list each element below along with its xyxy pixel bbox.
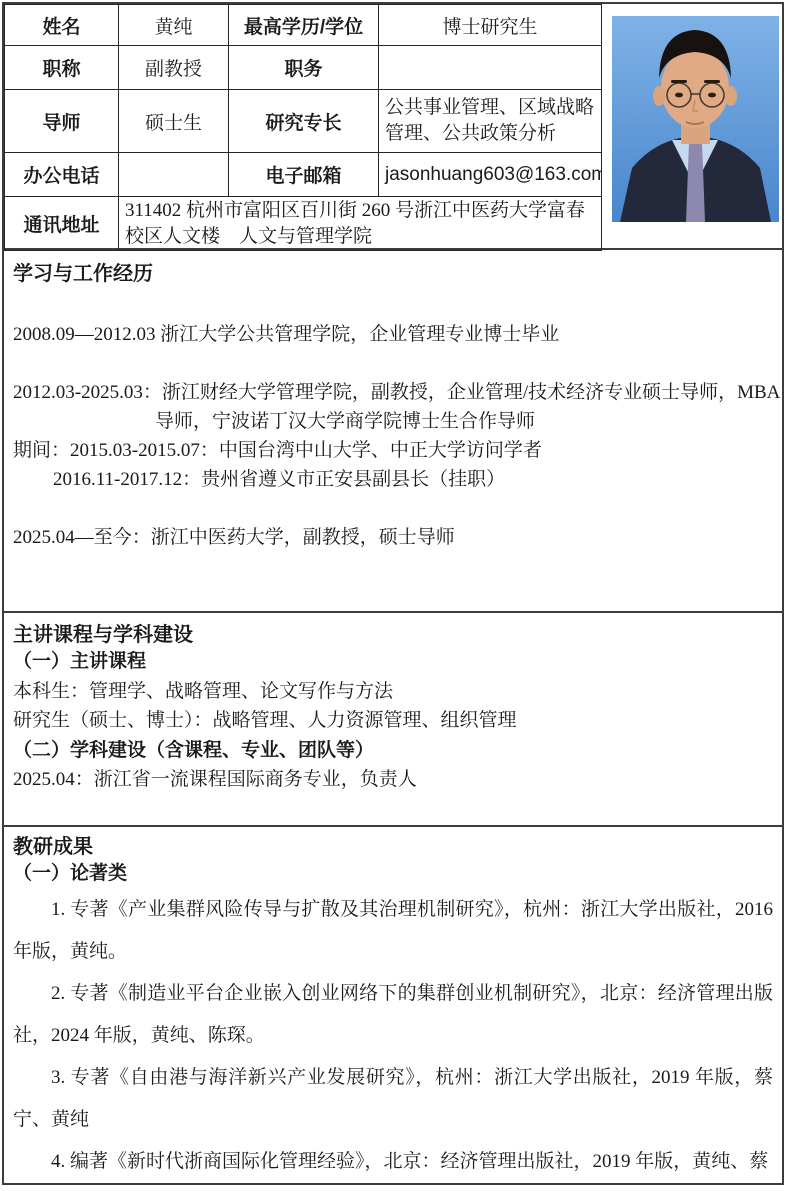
table-row: 办公电话 电子邮箱 jasonhuang603@163.com bbox=[5, 153, 602, 197]
photo-cell bbox=[602, 4, 782, 248]
publication-item: 2. 专著《制造业平台企业嵌入创业网络下的集群创业机制研究》，北京：经济管理出版… bbox=[13, 973, 773, 1057]
experience-line: 2016.11-2017.12：贵州省遵义市正安县副县长（挂职） bbox=[13, 465, 773, 494]
experience-line: 导师，宁波诺丁汉大学商学院博士生合作导师 bbox=[13, 407, 773, 436]
profile-header: 姓名 黄纯 最高学历/学位 博士研究生 职称 副教授 职务 导师 硕士生 研究专… bbox=[4, 4, 782, 250]
field-label-email: 电子邮箱 bbox=[229, 153, 379, 197]
ear-left bbox=[653, 86, 665, 106]
course-line-graduate: 研究生（硕士、博士）：战略管理、人力资源管理、组织管理 bbox=[13, 706, 773, 736]
cv-page: 姓名 黄纯 最高学历/学位 博士研究生 职称 副教授 职务 导师 硕士生 研究专… bbox=[2, 2, 784, 1185]
research-subheading-1: （一）论著类 bbox=[13, 859, 773, 889]
section-title-courses: 主讲课程与学科建设 bbox=[13, 613, 773, 647]
publication-item: 4. 编著《新时代浙商国际化管理经验》，北京：经济管理出版社，2019 年版，黄… bbox=[13, 1141, 773, 1183]
section-experience: 学习与工作经历 2008.09—2012.03 浙江大学公共管理学院，企业管理专… bbox=[4, 250, 782, 613]
section-title-experience: 学习与工作经历 bbox=[13, 250, 773, 286]
table-row: 通讯地址 311402 杭州市富阳区百川街 260 号浙江中医药大学富春校区人文… bbox=[5, 197, 602, 251]
field-value-email: jasonhuang603@163.com bbox=[379, 153, 602, 197]
field-label-name: 姓名 bbox=[5, 5, 119, 46]
experience-line: 2008.09—2012.03 浙江大学公共管理学院，企业管理专业博士毕业 bbox=[13, 320, 773, 349]
field-label-office-phone: 办公电话 bbox=[5, 153, 119, 197]
field-label-research-specialty: 研究专长 bbox=[229, 90, 379, 153]
profile-photo bbox=[612, 16, 779, 222]
course-line-discipline: 2025.04：浙江省一流课程国际商务专业，负责人 bbox=[13, 765, 773, 795]
publication-item: 1. 专著《产业集群风险传导与扩散及其治理机制研究》，杭州：浙江大学出版社，20… bbox=[13, 889, 773, 973]
field-label-address: 通讯地址 bbox=[5, 197, 119, 251]
field-value-research-specialty: 公共事业管理、区域战略管理、公共政策分析 bbox=[379, 90, 602, 153]
table-row: 姓名 黄纯 最高学历/学位 博士研究生 bbox=[5, 5, 602, 46]
field-value-degree: 博士研究生 bbox=[379, 5, 602, 46]
brow-right bbox=[704, 80, 720, 83]
courses-subheading-1: （一）主讲课程 bbox=[13, 647, 773, 677]
experience-line: 期间：2015.03-2015.07：中国台湾中山大学、中正大学访问学者 bbox=[13, 436, 773, 465]
experience-line: 2012.03-2025.03：浙江财经大学管理学院，副教授，企业管理/技术经济… bbox=[13, 378, 773, 407]
field-value-position bbox=[379, 46, 602, 90]
courses-subheading-2: （二）学科建设（含课程、专业、团队等） bbox=[13, 736, 773, 766]
field-label-mentor: 导师 bbox=[5, 90, 119, 153]
field-label-title: 职称 bbox=[5, 46, 119, 90]
publication-item: 3. 专著《自由港与海洋新兴产业发展研究》，杭州：浙江大学出版社，2019 年版… bbox=[13, 1057, 773, 1141]
field-value-mentor: 硕士生 bbox=[119, 90, 229, 153]
ear-right bbox=[725, 86, 737, 106]
table-row: 导师 硕士生 研究专长 公共事业管理、区域战略管理、公共政策分析 bbox=[5, 90, 602, 153]
face-shape bbox=[661, 48, 729, 128]
field-value-office-phone bbox=[119, 153, 229, 197]
section-title-research: 教研成果 bbox=[13, 827, 773, 859]
brow-left bbox=[671, 80, 687, 83]
profile-info-table: 姓名 黄纯 最高学历/学位 博士研究生 职称 副教授 职务 导师 硕士生 研究专… bbox=[4, 4, 602, 251]
table-row: 职称 副教授 职务 bbox=[5, 46, 602, 90]
tie-shape bbox=[686, 142, 705, 222]
experience-line: 2025.04—至今：浙江中医药大学，副教授，硕士导师 bbox=[13, 523, 773, 552]
field-label-position: 职务 bbox=[229, 46, 379, 90]
eye-right bbox=[708, 93, 716, 98]
eye-left bbox=[675, 93, 683, 98]
section-courses: 主讲课程与学科建设 （一）主讲课程 本科生：管理学、战略管理、论文写作与方法 研… bbox=[4, 613, 782, 827]
field-value-address: 311402 杭州市富阳区百川街 260 号浙江中医药大学富春校区人文楼 人文与… bbox=[119, 197, 602, 251]
field-value-title: 副教授 bbox=[119, 46, 229, 90]
section-research: 教研成果 （一）论著类 1. 专著《产业集群风险传导与扩散及其治理机制研究》，杭… bbox=[4, 827, 782, 1185]
course-line-undergrad: 本科生：管理学、战略管理、论文写作与方法 bbox=[13, 677, 773, 707]
field-value-name: 黄纯 bbox=[119, 5, 229, 46]
field-label-degree: 最高学历/学位 bbox=[229, 5, 379, 46]
